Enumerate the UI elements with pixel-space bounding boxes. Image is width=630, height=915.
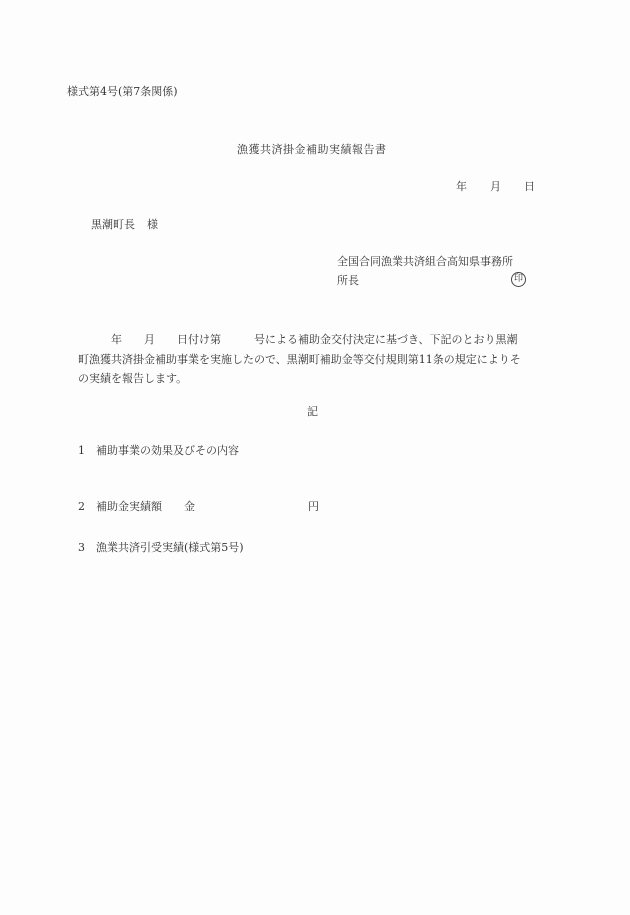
addressee-name: 黒潮町長 bbox=[91, 218, 135, 231]
seal-icon: 印 bbox=[511, 272, 526, 287]
body-line-3: の実績を報告します。 bbox=[78, 369, 553, 389]
item-label: 補助金実績額 bbox=[96, 500, 162, 513]
item-number: 2 bbox=[78, 500, 96, 514]
addressee-honorific: 様 bbox=[147, 218, 158, 231]
list-item: 1補助事業の効果及びその内容 bbox=[78, 444, 239, 458]
body-month: 月 bbox=[144, 333, 155, 346]
body-line-1-rest: 号による補助金交付決定に基づき、下記のとおり黒潮 bbox=[254, 333, 518, 346]
amount-prefix: 金 bbox=[184, 500, 195, 514]
month-label: 月 bbox=[490, 180, 501, 194]
body-paragraph: 年月日付け第号による補助金交付決定に基づき、下記のとおり黒潮 町漁獲共済掛金補助… bbox=[78, 330, 553, 389]
ki-heading: 記 bbox=[307, 405, 318, 419]
item-number: 1 bbox=[78, 444, 96, 458]
addressee: 黒潮町長様 bbox=[91, 218, 158, 232]
item-number: 3 bbox=[78, 541, 96, 555]
item-label: 補助事業の効果及びその内容 bbox=[96, 444, 239, 457]
sender-title: 所長 bbox=[337, 274, 359, 288]
body-line-2: 町漁獲共済掛金補助事業を実施したので、黒潮町補助金等交付規則第11条の規定により… bbox=[78, 350, 553, 370]
day-label: 日 bbox=[524, 180, 535, 194]
sender-organization: 全国合同漁業共済組合高知県事務所 bbox=[337, 255, 513, 269]
year-label: 年 bbox=[456, 180, 467, 194]
body-year: 年 bbox=[111, 333, 122, 346]
form-number: 様式第4号(第7条関係) bbox=[67, 85, 178, 99]
body-line-1: 年月日付け第号による補助金交付決定に基づき、下記のとおり黒潮 bbox=[78, 330, 553, 350]
list-item: 2補助金実績額金円 bbox=[78, 500, 195, 514]
document-title: 漁獲共済掛金補助実績報告書 bbox=[237, 143, 387, 157]
date-line: 年月日 bbox=[456, 180, 535, 194]
amount-unit: 円 bbox=[308, 500, 319, 514]
item-label: 漁業共済引受実績(様式第5号) bbox=[96, 541, 244, 554]
body-day-ref: 日付け第 bbox=[177, 333, 221, 346]
list-item: 3漁業共済引受実績(様式第5号) bbox=[78, 541, 244, 555]
